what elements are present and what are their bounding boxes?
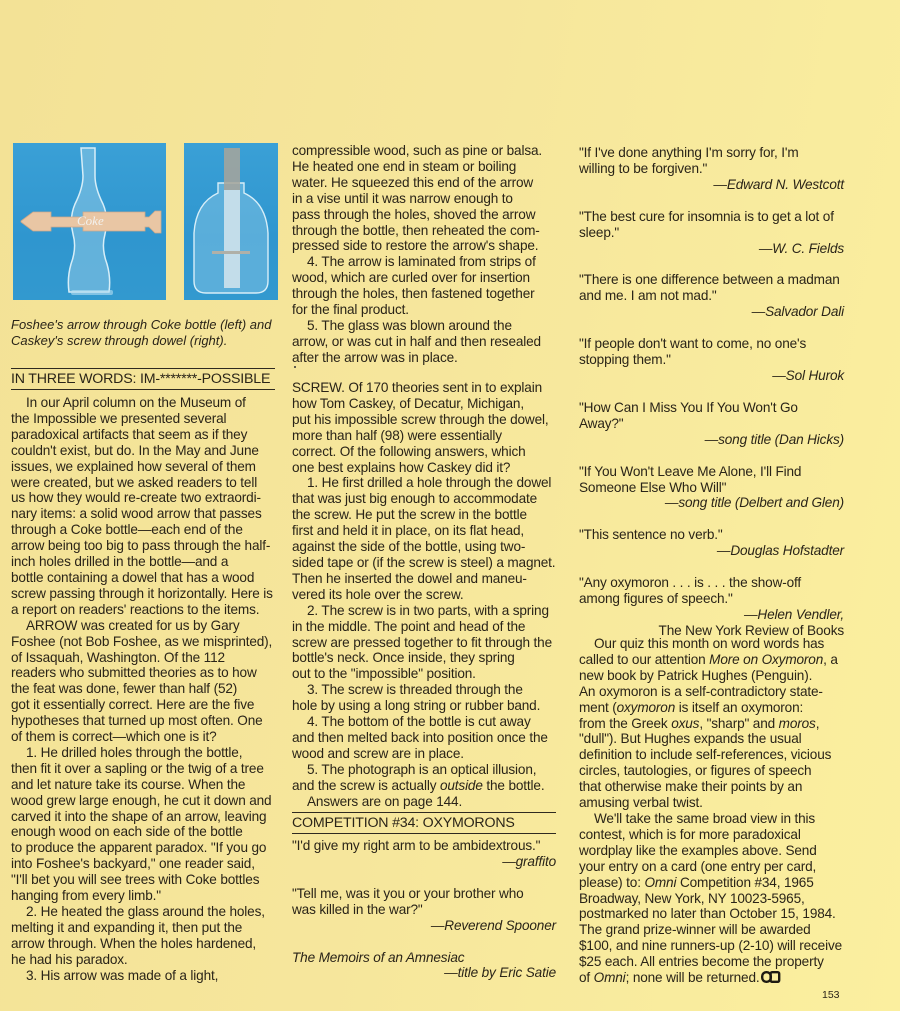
text-line: pressed side to restore the arrow's shap…	[292, 238, 562, 254]
text-line: 3. The screw is threaded through the	[292, 682, 562, 698]
quote-text: "Any oxymoron . . . is . . . the show-of…	[579, 575, 844, 591]
quote-block: "I'd give my right arm to be ambidextrou…	[292, 838, 556, 870]
text-line: hypotheses that turned up most often. On…	[11, 713, 281, 729]
text-line: arrow through. When the holes hardened,	[11, 936, 281, 952]
stray-dot	[294, 366, 296, 368]
text-line: paradoxical artifacts that seem as if th…	[11, 427, 281, 443]
quote-text: The Memoirs of an Amnesiac	[292, 950, 556, 966]
text-line: The grand prize-winner will be awarded	[579, 922, 851, 938]
text-line: 1. He first drilled a hole through the d…	[292, 475, 562, 491]
text-line: contest, which is for more paradoxical	[579, 827, 851, 843]
quote-text: stopping them."	[579, 352, 844, 368]
text-line: postmarked no later than October 15, 198…	[579, 906, 851, 922]
quote-text: "This sentence no verb."	[579, 527, 844, 543]
text-line: wordplay like the examples above. Send	[579, 843, 851, 859]
caption-line: Caskey's screw through dowel (right).	[11, 333, 281, 349]
page-number: 153	[822, 989, 840, 1001]
text-line: Foshee (not Bob Foshee, as we misprinted…	[11, 634, 281, 650]
text-line: after the arrow was in place.	[292, 350, 562, 366]
column-3-body: Our quiz this month on word words hascal…	[579, 636, 851, 986]
text-line: definition to include self-references, v…	[579, 747, 851, 763]
text-line: please) to: Omni Competition #34, 1965	[579, 875, 851, 891]
text-line: pass through the holes, shoved the arrow	[292, 207, 562, 223]
quote-block: "If I've done anything I'm sorry for, I'…	[579, 145, 844, 193]
quote-block: "This sentence no verb."—Douglas Hofstad…	[579, 527, 844, 559]
quote-text: "If I've done anything I'm sorry for, I'…	[579, 145, 844, 161]
text-line: into Foshee's backyard," one reader said…	[11, 856, 281, 872]
text-line: got it essentially correct. Here are the…	[11, 697, 281, 713]
coke-bottle-arrow-photo: Coke	[13, 143, 166, 300]
text-line: Broadway, New York, NY 10023-5965,	[579, 891, 851, 907]
quote-text: "There is one difference between a madma…	[579, 272, 844, 288]
text-line: "I'll bet you will see trees with Coke b…	[11, 872, 281, 888]
text-line: in a vise until it was narrow enough to	[292, 191, 562, 207]
quote-block: "Any oxymoron . . . is . . . the show-of…	[579, 575, 844, 639]
caption-line: Foshee's arrow through Coke bottle (left…	[11, 317, 281, 333]
quote-attribution: —Salvador Dali	[579, 304, 844, 320]
text-line: screw are pressed together to fit throug…	[292, 635, 562, 651]
text-line: $100, and nine runners-up (2-10) will re…	[579, 938, 851, 954]
text-line: 1. He drilled holes through the bottle,	[11, 745, 281, 761]
omni-end-mark-icon	[760, 970, 781, 986]
text-line: of Omni; none will be returned.	[579, 970, 851, 986]
text-line: 5. The glass was blown around the	[292, 318, 562, 334]
screw-dowel-bottle-illustration	[184, 143, 278, 300]
quote-block: "How Can I Miss You If You Won't Go Away…	[579, 400, 844, 448]
quote-attribution: —W. C. Fields	[579, 241, 844, 257]
quote-text: sleep."	[579, 225, 844, 241]
text-line: $25 each. All entries become the propert…	[579, 954, 851, 970]
text-line: called to our attention More on Oxymoron…	[579, 652, 851, 668]
quote-block: "There is one difference between a madma…	[579, 272, 844, 320]
text-line: issues, we explained how several of them	[11, 459, 281, 475]
text-line: In our April column on the Museum of	[11, 395, 281, 411]
text-line: through the bottle, then reheated the co…	[292, 223, 562, 239]
text-line: SCREW. Of 170 theories sent in to explai…	[292, 380, 562, 396]
text-line: for the final product.	[292, 302, 562, 318]
text-line: and then melted back into position once …	[292, 730, 562, 746]
text-line: amusing verbal twist.	[579, 795, 851, 811]
photo-caption: Foshee's arrow through Coke bottle (left…	[11, 317, 281, 349]
text-line: Our quiz this month on word words has	[579, 636, 851, 652]
text-line: out to the "impossible" position.	[292, 666, 562, 682]
text-line: your entry on a card (one entry per card…	[579, 859, 851, 875]
text-line: were created, but we asked readers to te…	[11, 475, 281, 491]
quote-text: "Tell me, was it you or your brother who	[292, 886, 556, 902]
screw-dowel-bottle-photo	[184, 143, 278, 300]
text-line: ARROW was created for us by Gary	[11, 618, 281, 634]
column-1-body: In our April column on the Museum ofthe …	[11, 395, 281, 984]
text-line: he had his paradox.	[11, 952, 281, 968]
text-line: Then he inserted the dowel and maneu-	[292, 571, 562, 587]
text-line: that was just big enough to accommodate	[292, 491, 562, 507]
quote-text: and me. I am not mad."	[579, 288, 844, 304]
text-line: hanging from every limb."	[11, 888, 281, 904]
column-2-screw-body: SCREW. Of 170 theories sent in to explai…	[292, 380, 562, 809]
quote-text: "The best cure for insomnia is to get a …	[579, 209, 844, 225]
text-line: 4. The arrow is laminated from strips of	[292, 254, 562, 270]
text-line: readers who submitted theories as to how	[11, 665, 281, 681]
text-line: water. He squeezed this end of the arrow	[292, 175, 562, 191]
quote-text: willing to be forgiven."	[579, 161, 844, 177]
quote-attribution: —song title (Dan Hicks)	[579, 432, 844, 448]
text-line: to produce the apparent paradox. "If you…	[11, 840, 281, 856]
quote-attribution: —Sol Hurok	[579, 368, 844, 384]
column-3-quotes: "If I've done anything I'm sorry for, I'…	[579, 145, 844, 655]
text-line: He heated one end in steam or boiling	[292, 159, 562, 175]
text-line: 4. The bottom of the bottle is cut away	[292, 714, 562, 730]
text-line: in the middle. The point and head of the	[292, 619, 562, 635]
text-line: ment (oxymoron is itself an oxymoron:	[579, 700, 851, 716]
text-line: 2. The screw is in two parts, with a spr…	[292, 603, 562, 619]
text-line: arrow, or was cut in half and then resea…	[292, 334, 562, 350]
quote-attribution: —Reverend Spooner	[292, 918, 556, 934]
text-line: of Issaquah, Washington. Of the 112	[11, 650, 281, 666]
text-line: the Impossible we presented several	[11, 411, 281, 427]
quote-attribution: —Helen Vendler,	[579, 607, 844, 623]
section-heading-competition: COMPETITION #34: OXYMORONS	[292, 812, 556, 834]
text-line: circles, tautologies, or figures of spee…	[579, 763, 851, 779]
text-line: of them is correct—which one is it?	[11, 729, 281, 745]
text-line: screw passing through it horizontally. H…	[11, 586, 281, 602]
coke-bottle-arrow-illustration: Coke	[13, 143, 166, 300]
text-line: wood and screw are in place.	[292, 746, 562, 762]
quote-text: "How Can I Miss You If You Won't Go Away…	[579, 400, 844, 432]
text-line: wood grew large enough, he cut it down a…	[11, 793, 281, 809]
text-line: Answers are on page 144.	[292, 794, 562, 810]
text-line: hole by using a long string or rubber ba…	[292, 698, 562, 714]
text-line: from the Greek oxus, "sharp" and moros,	[579, 716, 851, 732]
quote-attribution: —graffito	[292, 854, 556, 870]
quote-attribution: —Edward N. Westcott	[579, 177, 844, 193]
quote-block: The Memoirs of an Amnesiac—title by Eric…	[292, 950, 556, 982]
text-line: 3. His arrow was made of a light,	[11, 968, 281, 984]
text-line: more than half (98) were essentially	[292, 428, 562, 444]
text-line: us how they would re-create two extraord…	[11, 490, 281, 506]
quote-text: "If people don't want to come, no one's	[579, 336, 844, 352]
quote-block: "If You Won't Leave Me Alone, I'll FindS…	[579, 464, 844, 512]
text-line: couldn't exist, but do. In the May and J…	[11, 443, 281, 459]
text-line: against the side of the bottle, using tw…	[292, 539, 562, 555]
quote-block: "The best cure for insomnia is to get a …	[579, 209, 844, 257]
quote-text: Someone Else Who Will"	[579, 480, 844, 496]
text-line: the screw. He put the screw in the bottl…	[292, 507, 562, 523]
column-2-quotes: "I'd give my right arm to be ambidextrou…	[292, 838, 556, 997]
text-line: 2. He heated the glass around the holes,	[11, 904, 281, 920]
text-line: sided tape or (if the screw is steel) a …	[292, 555, 562, 571]
quote-text: among figures of speech."	[579, 591, 844, 607]
column-2-arrow-body: compressible wood, such as pine or balsa…	[292, 143, 562, 366]
photo-pair: Coke	[13, 143, 279, 300]
quote-attribution: —Douglas Hofstadter	[579, 543, 844, 559]
section-heading-three-words: IN THREE WORDS: IM-*******-POSSIBLE	[11, 368, 275, 390]
text-line: one best explains how Caskey did it?	[292, 460, 562, 476]
text-line: inch holes drilled in the bottle—and a	[11, 554, 281, 570]
text-line: that otherwise make their points by an	[579, 779, 851, 795]
quote-attribution: —song title (Delbert and Glen)	[579, 495, 844, 511]
text-line: how Tom Caskey, of Decatur, Michigan,	[292, 396, 562, 412]
text-line: vered its hole over the screw.	[292, 587, 562, 603]
text-line: through the holes, then fastened togethe…	[292, 286, 562, 302]
text-line: carved it into the shape of an arrow, le…	[11, 809, 281, 825]
text-line: then fit it over a sapling or the twig o…	[11, 761, 281, 777]
quote-attribution: —title by Eric Satie	[292, 965, 556, 981]
text-line: the feat was done, fewer than half (52)	[11, 681, 281, 697]
text-line: 5. The photograph is an optical illusion…	[292, 762, 562, 778]
text-line: An oxymoron is a self-contradictory stat…	[579, 684, 851, 700]
text-line: "dull"). But Hughes expands the usual	[579, 731, 851, 747]
text-line: through a Coke bottle—each end of the	[11, 522, 281, 538]
text-line: compressible wood, such as pine or balsa…	[292, 143, 562, 159]
text-line: wood, which are curled over for insertio…	[292, 270, 562, 286]
quote-text: "I'd give my right arm to be ambidextrou…	[292, 838, 556, 854]
quote-block: "Tell me, was it you or your brother who…	[292, 886, 556, 934]
quote-text: "If You Won't Leave Me Alone, I'll Find	[579, 464, 844, 480]
text-line: a report on readers' reactions to the it…	[11, 602, 281, 618]
text-line: bottle's neck. Once inside, they spring	[292, 650, 562, 666]
text-line: and let nature take its course. When the	[11, 777, 281, 793]
text-line: We'll take the same broad view in this	[579, 811, 851, 827]
text-line: and the screw is actually outside the bo…	[292, 778, 562, 794]
text-line: enough wood on each side of the bottle	[11, 824, 281, 840]
text-line: melting it and expanding it, then put th…	[11, 920, 281, 936]
svg-text:Coke: Coke	[77, 213, 104, 228]
text-line: arrow being too big to pass through the …	[11, 538, 281, 554]
text-line: nary items: a solid wood arrow that pass…	[11, 506, 281, 522]
text-line: first and held it in place, on its flat …	[292, 523, 562, 539]
text-line: new book by Patrick Hughes (Penguin).	[579, 668, 851, 684]
text-line: put his impossible screw through the dow…	[292, 412, 562, 428]
text-line: bottle containing a dowel that has a woo…	[11, 570, 281, 586]
quote-block: "If people don't want to come, no one'ss…	[579, 336, 844, 384]
text-line: correct. Of the following answers, which	[292, 444, 562, 460]
quote-text: was killed in the war?"	[292, 902, 556, 918]
